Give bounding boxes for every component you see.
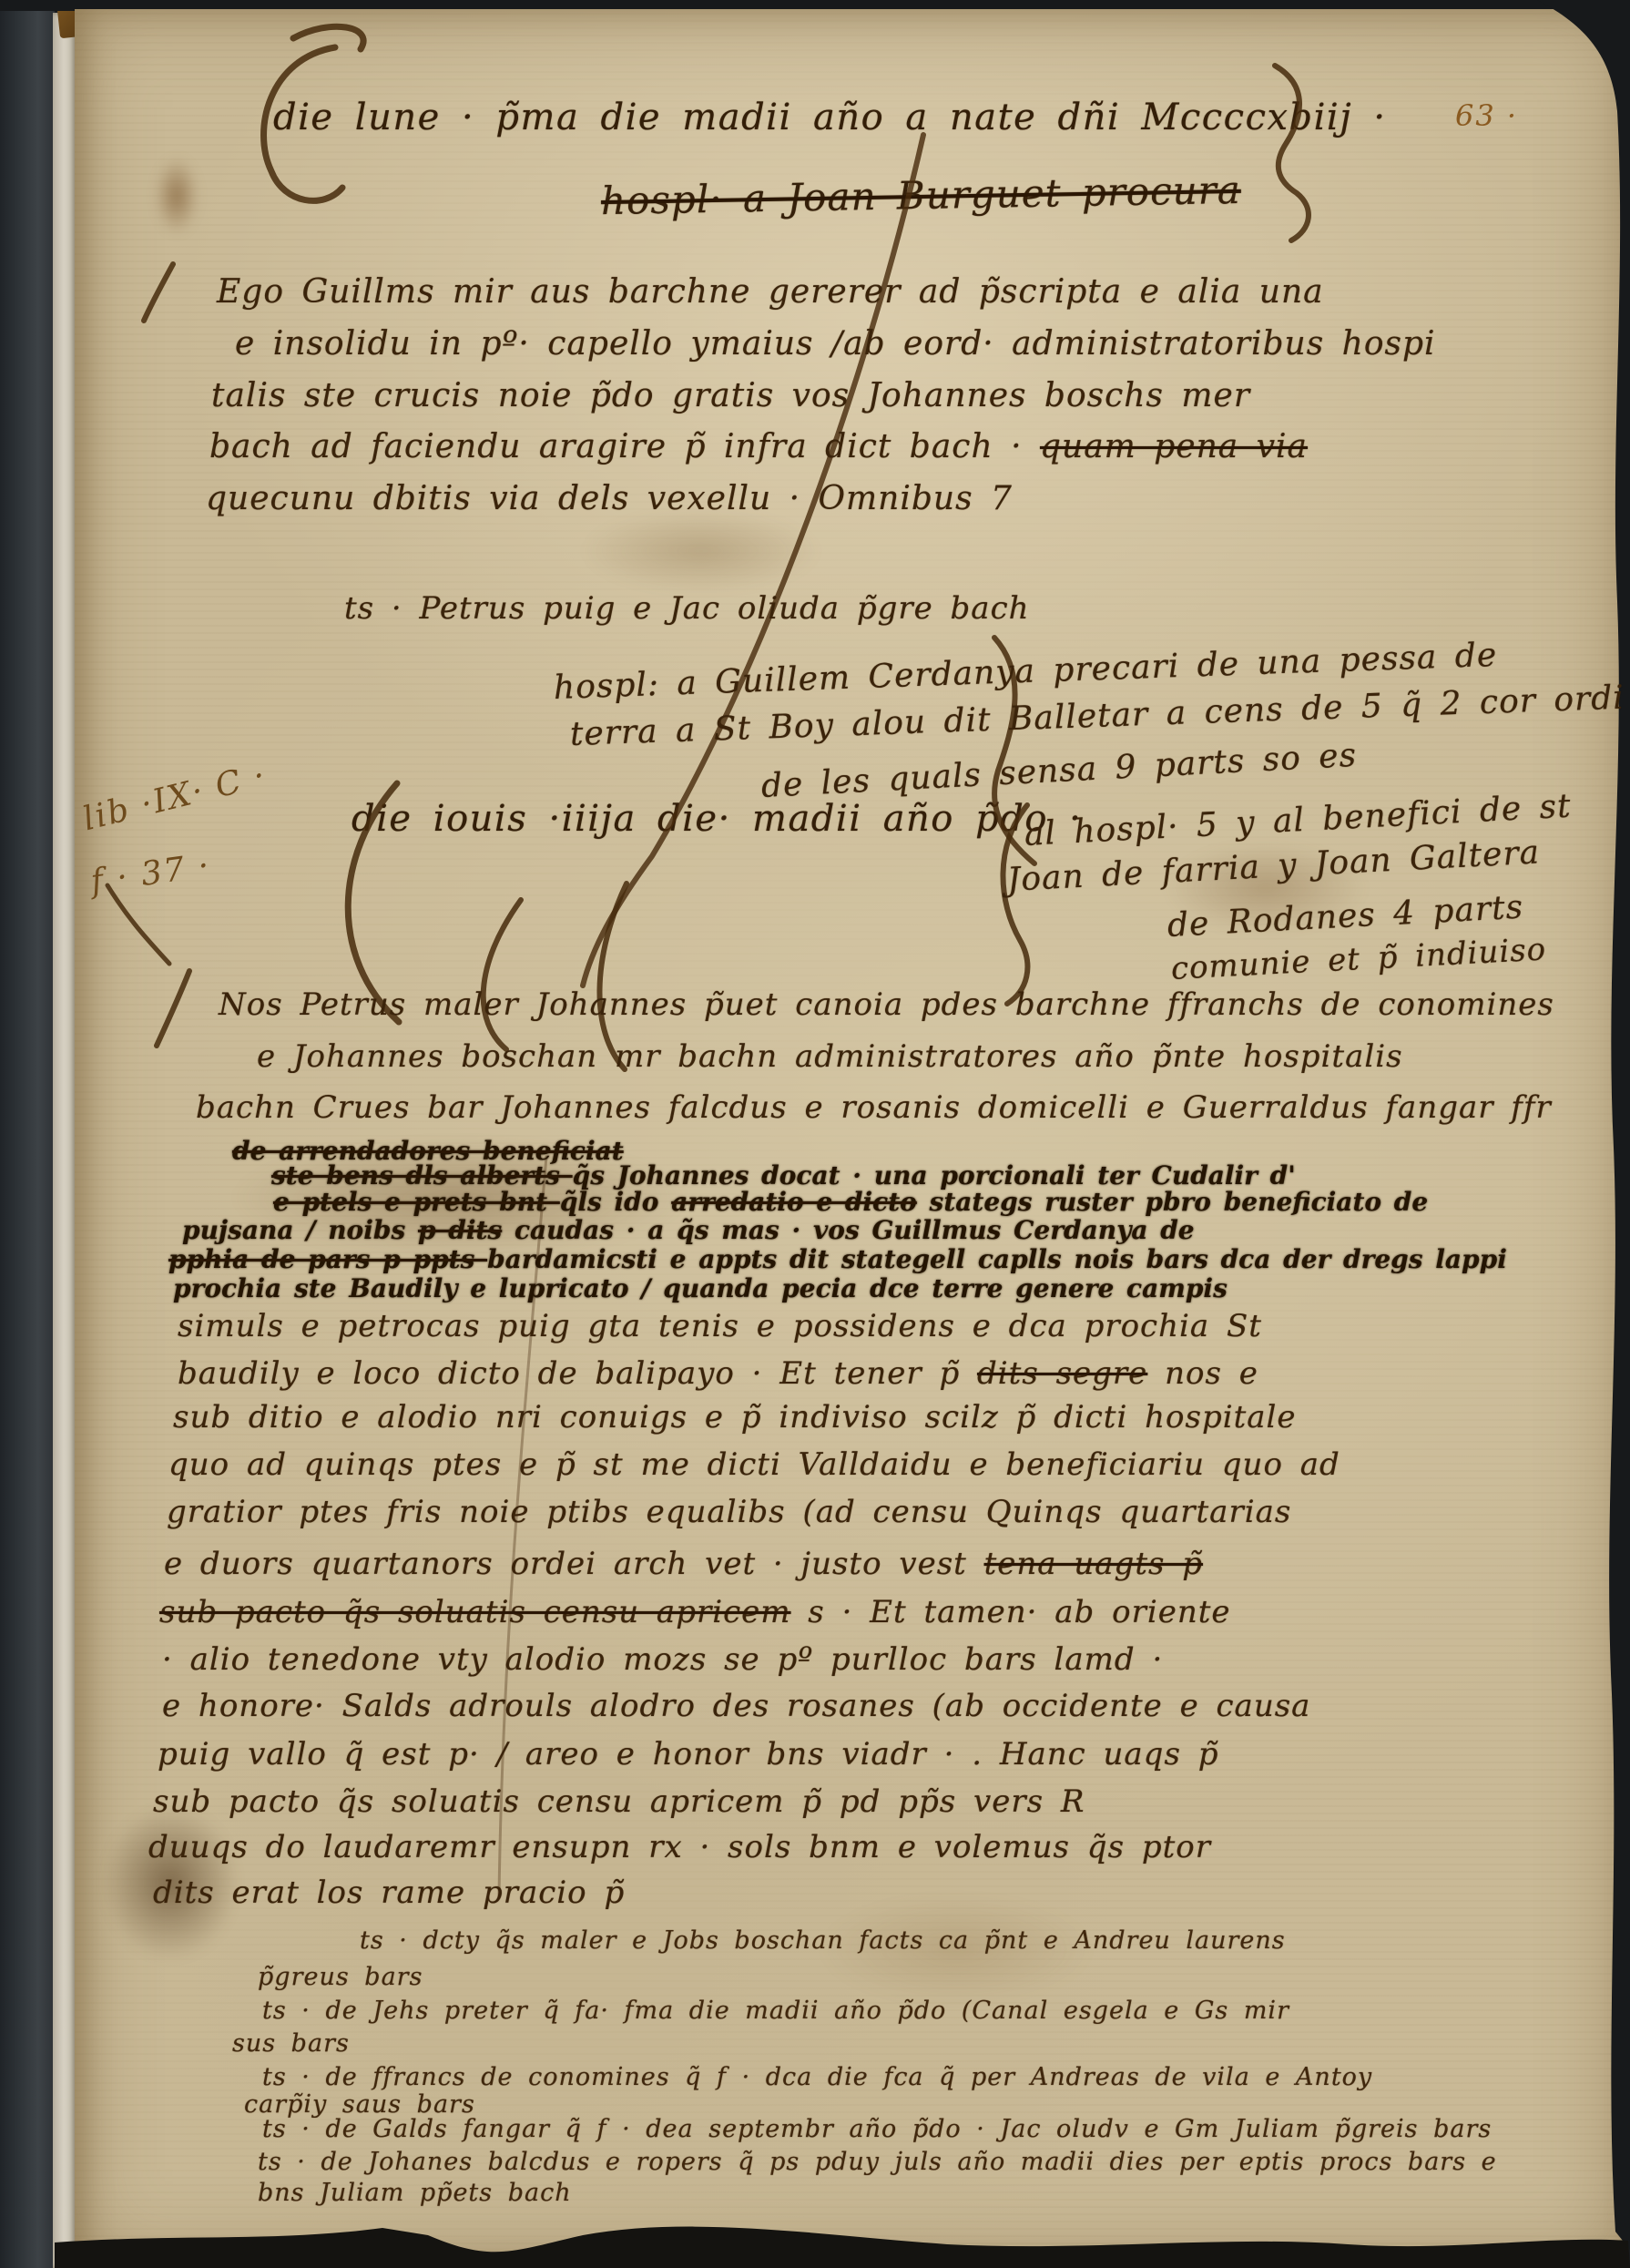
manuscript-text: nos e — [1147, 1355, 1258, 1392]
struck-text: e ptels e prets bnt — [273, 1187, 560, 1217]
manuscript-text: puig vallo q̃ est p· / areo e honor bns … — [158, 1736, 1218, 1773]
struck-text: quam pena via — [1040, 428, 1308, 465]
manuscript-line: puig vallo q̃ est p· / areo e honor bns … — [158, 1736, 1218, 1773]
manuscript-line: sus bars — [232, 2029, 350, 2058]
manuscript-line: p̃greus bars — [258, 1963, 423, 1991]
manuscript-text: bns Juliam pp̃ets bach — [258, 2179, 572, 2207]
manuscript-line: · alio tenedone vty alodio mozs se pº pu… — [162, 1641, 1163, 1678]
manuscript-text: s · Et tamen· ab oriente — [791, 1594, 1231, 1630]
manuscript-text: gratior ptes fris noie ptibs equalibs (a… — [167, 1494, 1291, 1530]
manuscript-text: ts · Petrus puig e Jac oliuda p̃gre bach — [344, 590, 1030, 627]
manuscript-text: sub ditio e alodio nri conuigs e p̃ indi… — [173, 1399, 1297, 1435]
manuscript-line: ts · Petrus puig e Jac oliuda p̃gre bach — [344, 590, 1030, 627]
manuscript-line: bns Juliam pp̃ets bach — [258, 2179, 572, 2207]
struck-text: dits segre — [977, 1355, 1147, 1392]
manuscript-line: talis ste crucis noie p̃do gratis vos Jo… — [211, 377, 1250, 414]
manuscript-line: Nos Petrus maler Johannes p̃uet canoia p… — [219, 986, 1554, 1023]
manuscript-text: stategs ruster pbro beneficiato de — [917, 1187, 1428, 1217]
struck-text: tena uagts p̃ — [984, 1546, 1203, 1582]
folio-number: 63 · — [1455, 98, 1518, 133]
manuscript-text: sus bars — [232, 2029, 350, 2058]
book-binding — [0, 0, 55, 2268]
manuscript-line: e Johannes boschan mr bachn administrato… — [257, 1038, 1403, 1075]
manuscript-line: quecunu dbitis via dels vexellu · Omnibu… — [206, 480, 1013, 517]
manuscript-text: simuls e petrocas puig gta tenis e possi… — [178, 1308, 1262, 1344]
manuscript-line: ts · de Jehs preter q̃ fa· fma die madii… — [262, 1997, 1289, 2025]
manuscript-text: quo ad quinqs ptes e p̃ st me dicti Vall… — [168, 1446, 1340, 1483]
manuscript-text: quecunu dbitis via dels vexellu · Omnibu… — [206, 480, 1013, 517]
paper-stain — [583, 510, 820, 592]
manuscript-line: sub pacto q̃s soluatis censu apricem s ·… — [159, 1594, 1231, 1630]
manuscript-line: e insolidu in pº· capello ymaius /ab eor… — [235, 325, 1436, 363]
manuscript-text: Nos Petrus maler Johannes p̃uet canoia p… — [219, 986, 1554, 1023]
manuscript-photo: 63 · lib ·IX· C · f · 37 · die lune · p̃… — [0, 0, 1630, 2268]
manuscript-line: ts · de Johanes balcdus e ropers q̃ ps p… — [258, 2148, 1497, 2176]
manuscript-text: ts · de ffrancs de conomines q̃ f · dca … — [262, 2063, 1372, 2091]
manuscript-line: ts · dcty q̃s maler e Jobs boschan facts… — [360, 1926, 1286, 1955]
manuscript-line: e honore· Salds adrouls alodro des rosan… — [162, 1688, 1310, 1724]
manuscript-text: e honore· Salds adrouls alodro des rosan… — [162, 1688, 1310, 1724]
manuscript-line: ts · de ffrancs de conomines q̃ f · dca … — [262, 2063, 1372, 2091]
manuscript-line: duuqs do laudaremr ensupn rx · sols bnm … — [148, 1829, 1211, 1865]
manuscript-text: ts · de Galds fangar q̃ f · dea septembr… — [262, 2115, 1492, 2143]
manuscript-text: pujsana / noibs — [182, 1215, 418, 1245]
manuscript-line: pphia de pars p ppts bardamicsti e appts… — [168, 1244, 1507, 1274]
struck-text: pphia de pars p ppts — [168, 1244, 487, 1274]
manuscript-text: · alio tenedone vty alodio mozs se pº pu… — [162, 1641, 1163, 1678]
manuscript-text: Ego Guillms mir aus barchne gererer ad p… — [217, 273, 1324, 311]
manuscript-line: quo ad quinqs ptes e p̃ st me dicti Vall… — [168, 1446, 1340, 1483]
manuscript-line: bach ad faciendu aragire p̃ infra dict b… — [209, 428, 1308, 465]
manuscript-text: bach ad faciendu aragire p̃ infra dict b… — [209, 428, 1040, 465]
manuscript-text: e Johannes boschan mr bachn administrato… — [257, 1038, 1403, 1075]
manuscript-line: ts · de Galds fangar q̃ f · dea septembr… — [262, 2115, 1492, 2143]
manuscript-text: ts · de Jehs preter q̃ fa· fma die madii… — [262, 1997, 1289, 2025]
entry2-date-line: die iouis ·iiija die· madii año p̃do · — [351, 798, 1082, 840]
entry1-date-line: die lune · p̃ma die madii año a nate dn… — [273, 97, 1387, 138]
manuscript-line: simuls e petrocas puig gta tenis e possi… — [178, 1308, 1262, 1344]
page-stack-edge — [53, 13, 76, 2268]
manuscript-line: prochia ste Baudily e lupricato / quanda… — [173, 1273, 1228, 1303]
manuscript-text: sub pacto q̃s soluatis censu apricem p̃ … — [153, 1783, 1085, 1820]
struck-text: sub pacto q̃s soluatis censu apricem — [159, 1594, 791, 1630]
manuscript-text: prochia ste Baudily e lupricato / quanda… — [173, 1273, 1228, 1303]
manuscript-text: q̃ls ido — [560, 1187, 671, 1217]
manuscript-text: dits erat los rame pracio p̃ — [153, 1875, 625, 1911]
manuscript-text: bachn Crues bar Johannes falcdus e rosan… — [196, 1089, 1552, 1126]
manuscript-text: ts · de Johanes balcdus e ropers q̃ ps p… — [258, 2148, 1497, 2176]
manuscript-text: talis ste crucis noie p̃do gratis vos Jo… — [211, 377, 1250, 414]
manuscript-line: e ptels e prets bnt q̃ls ido arredatio e… — [273, 1187, 1428, 1217]
manuscript-text: ts · dcty q̃s maler e Jobs boschan facts… — [360, 1926, 1286, 1955]
manuscript-text: e duors quartanors ordei arch vet · just… — [164, 1546, 984, 1582]
manuscript-text: caudas · a q̃s mas · vos Guillmus Cerdan… — [502, 1215, 1194, 1245]
manuscript-line: sub ditio e alodio nri conuigs e p̃ indi… — [173, 1399, 1297, 1435]
manuscript-line: dits erat los rame pracio p̃ — [153, 1875, 625, 1911]
struck-text: arredatio e dicto — [671, 1187, 917, 1217]
manuscript-text: duuqs do laudaremr ensupn rx · sols bnm … — [148, 1829, 1211, 1865]
manuscript-line: pujsana / noibs p dits caudas · a q̃s ma… — [182, 1215, 1195, 1245]
manuscript-line: baudily e loco dicto de balipayo · Et te… — [178, 1355, 1258, 1392]
manuscript-text: e insolidu in pº· capello ymaius /ab eor… — [235, 325, 1436, 363]
manuscript-text: p̃greus bars — [258, 1963, 423, 1991]
ink-smudge — [155, 157, 199, 235]
manuscript-text: baudily e loco dicto de balipayo · Et te… — [178, 1355, 977, 1392]
manuscript-line: sub pacto q̃s soluatis censu apricem p̃ … — [153, 1783, 1085, 1820]
struck-text: p dits — [418, 1215, 502, 1245]
manuscript-line: gratior ptes fris noie ptibs equalibs (a… — [167, 1494, 1291, 1530]
manuscript-line: Ego Guillms mir aus barchne gererer ad p… — [217, 273, 1324, 311]
manuscript-text: bardamicsti e appts dit stategell caplls… — [487, 1244, 1507, 1274]
manuscript-line: e duors quartanors ordei arch vet · just… — [164, 1546, 1203, 1582]
manuscript-line: bachn Crues bar Johannes falcdus e rosan… — [196, 1089, 1552, 1126]
